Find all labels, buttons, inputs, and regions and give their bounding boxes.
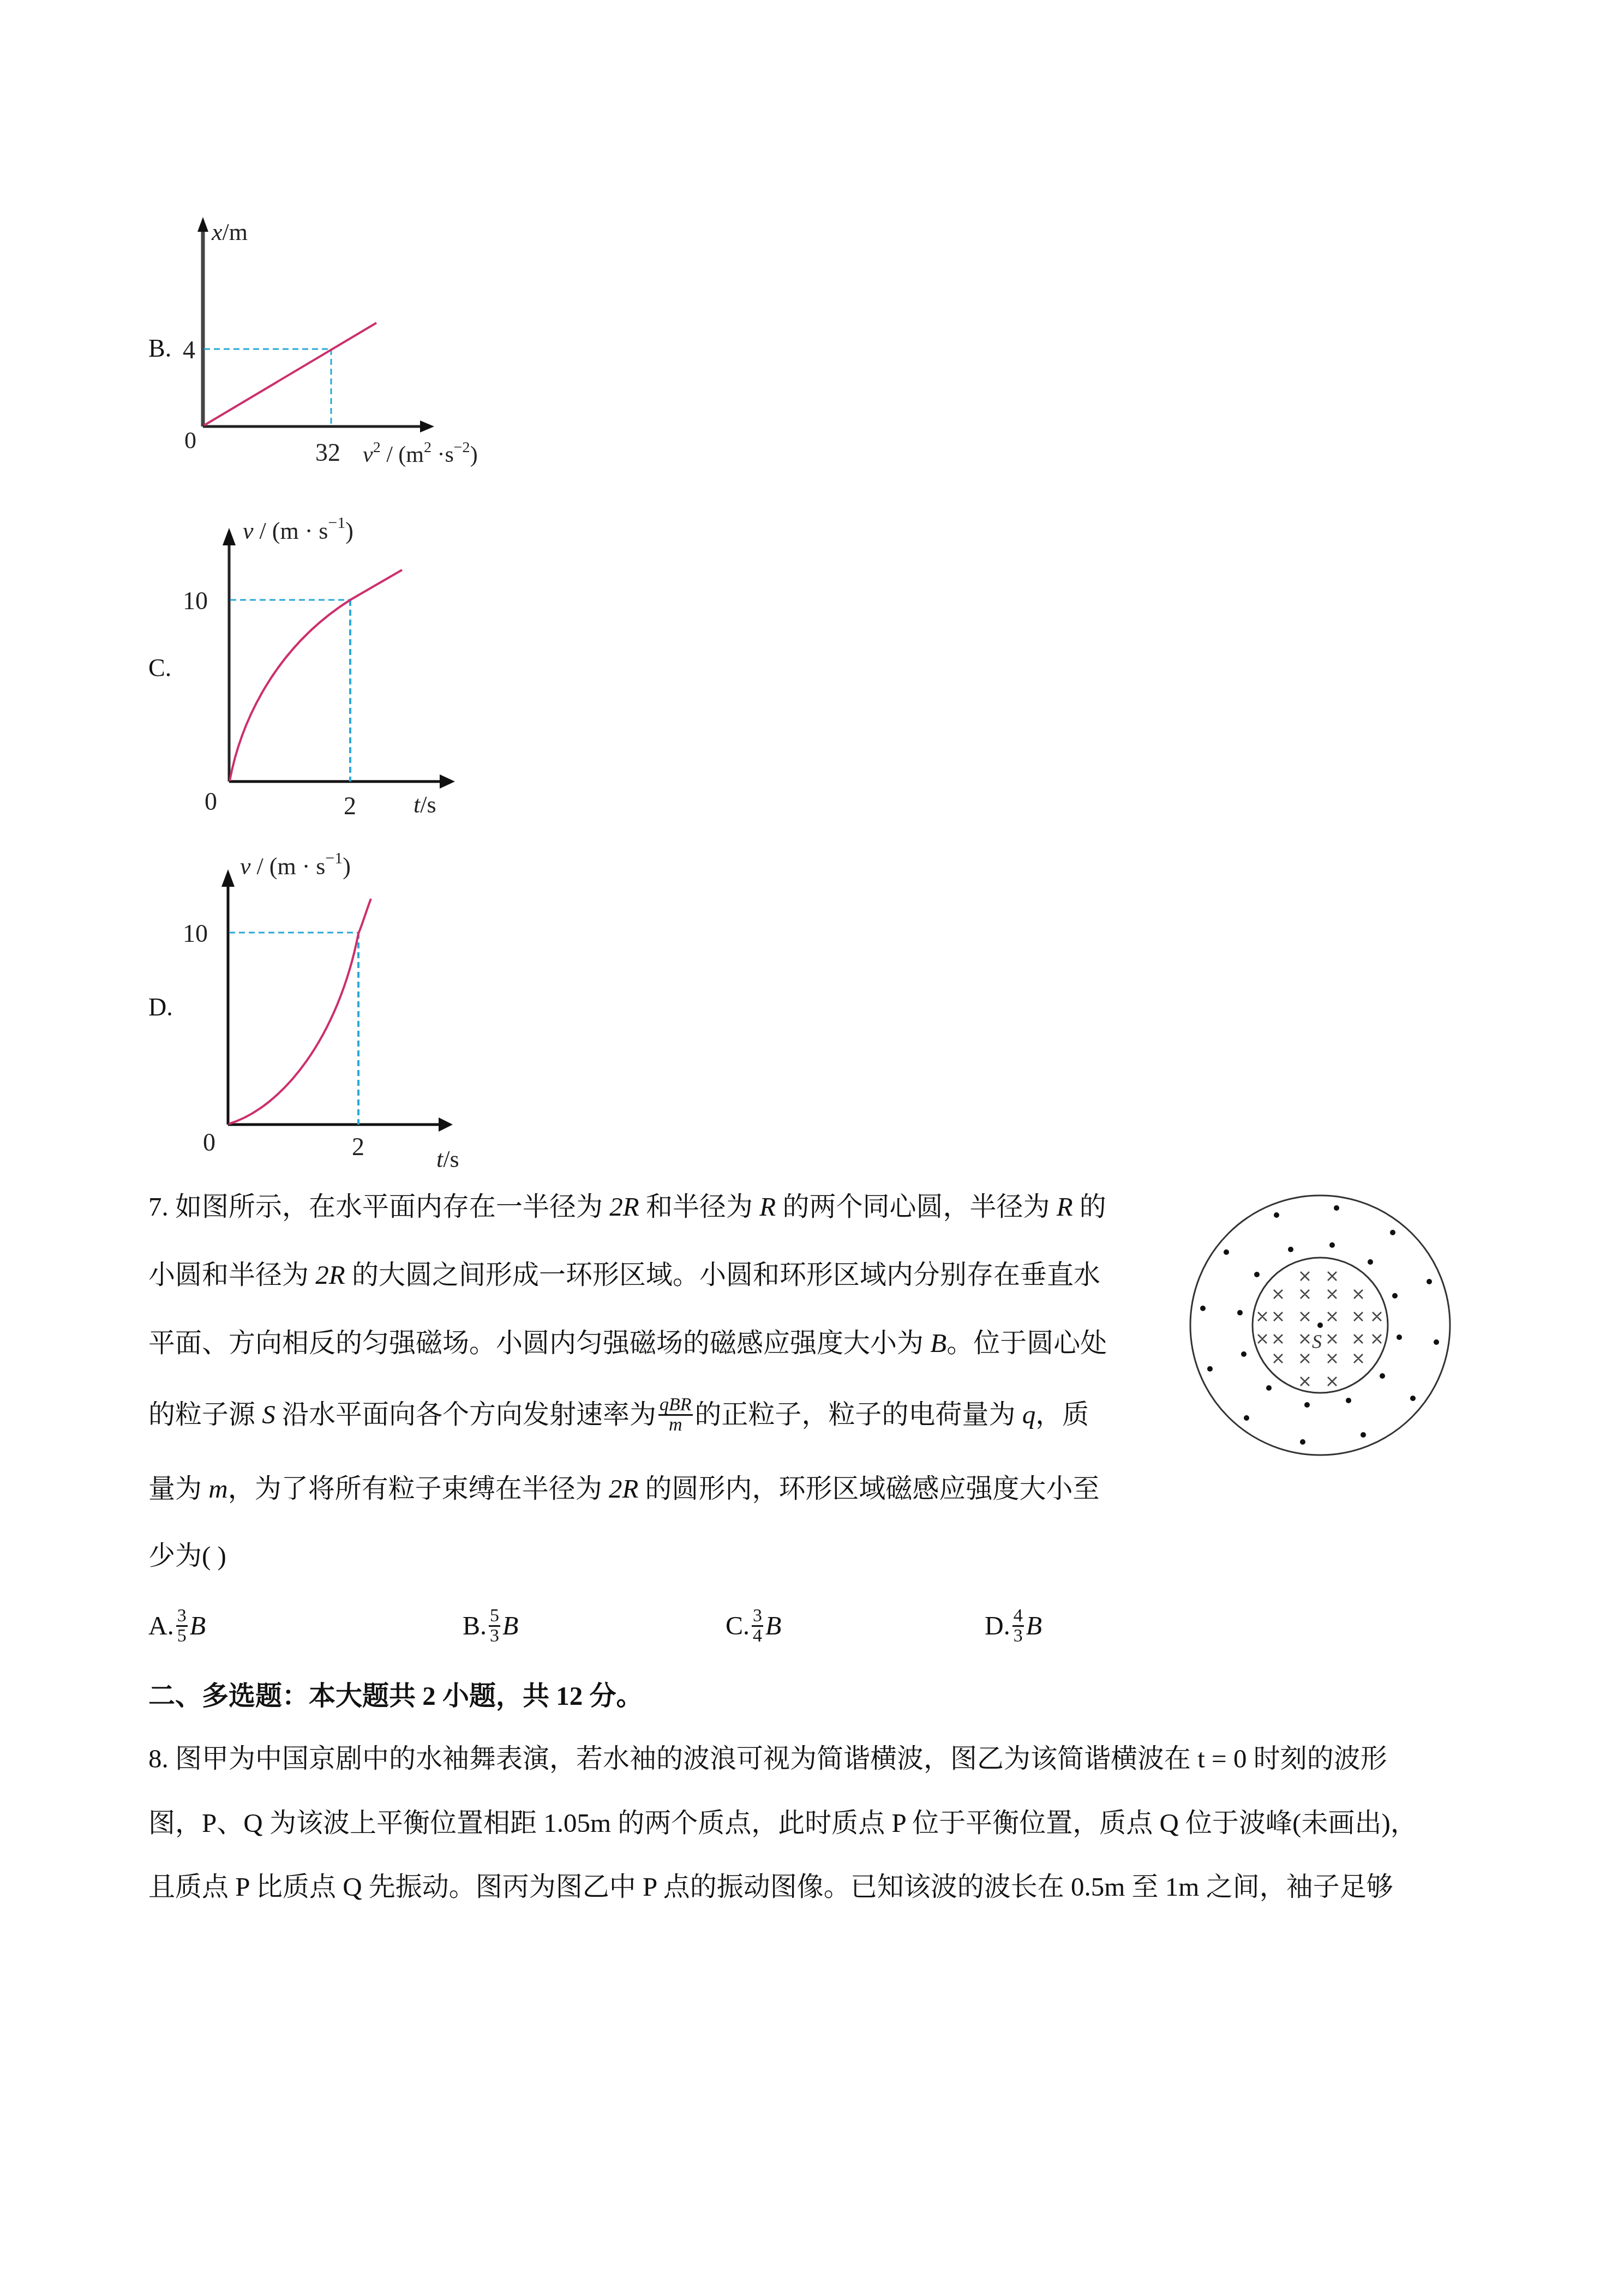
chart-b: x/m 4 0 32 v2 / (m2 ·s−2) (175, 213, 556, 474)
chart-c-origin: 0 (205, 788, 217, 815)
q7-line-6: 少为( ) (148, 1540, 226, 1572)
chart-d-xlabel: t/s (436, 1146, 459, 1173)
option-c-label: C. (148, 653, 171, 682)
chart-d-origin: 0 (203, 1128, 215, 1156)
chart-b-ylabel: x/m (211, 219, 248, 245)
chart-b-origin: 0 (184, 427, 196, 454)
source-dot (1317, 1323, 1323, 1328)
chart-b-xtick: 32 (315, 438, 340, 466)
option-d-label: D. (148, 993, 173, 1021)
chart-c-xtick: 2 (344, 792, 356, 820)
q8-line-3: 且质点 P 比质点 Q 先振动。图丙为图乙中 P 点的振动图像。已知该波的波长在… (148, 1871, 1393, 1903)
chart-d-xtick: 2 (352, 1133, 364, 1161)
chart-d-ytick: 10 (183, 919, 208, 947)
q7-line-5: 量为 m，为了将所有粒子束缚在半径为 2R 的圆形内，环形区域磁感应强度大小至 (148, 1472, 1100, 1505)
inner-cross-field (1258, 1272, 1381, 1386)
concentric-field-diagram: S (1189, 1189, 1495, 1494)
chart-b-ytick: 4 (183, 336, 195, 364)
section-2-header: 二、多选题：本大题共 2 小题，共 12 分。 (148, 1680, 643, 1712)
q8-line-1: 8. 图甲为中国京剧中的水袖舞表演，若水袖的波浪可视为简谐横波，图乙为该简谐横波… (148, 1742, 1387, 1775)
q7-line-3: 平面、方向相反的匀强磁场。小圆内匀强磁场的磁感应强度大小为 B。位于圆心处 (148, 1327, 1107, 1360)
chart-d: v / (m · s−1) 10 0 2 t/s (175, 843, 480, 1181)
chart-c-ytick: 10 (183, 587, 208, 615)
chart-c-xlabel: t/s (414, 791, 436, 818)
chart-d-ylabel: v / (m · s−1) (240, 849, 351, 880)
q7-option-c[interactable]: C.34B (726, 1609, 781, 1648)
q7-line-4: 的粒子源 S 沿水平面向各个方向发射速率为qBRm的正粒子，粒子的电荷量为 q，… (148, 1398, 1089, 1436)
option-b-label: B. (148, 334, 171, 363)
source-label: S (1312, 1331, 1322, 1353)
q7-option-b[interactable]: B.53B (463, 1609, 518, 1648)
q7-line-1: 7. 如图所示，在水平面内存在一半径为 2R 和半径为 R 的两个同心圆，半径为… (148, 1191, 1106, 1223)
chart-c: v / (m · s−1) 10 0 2 t/s (175, 502, 480, 829)
q7-option-a[interactable]: A.35B (148, 1609, 206, 1648)
q8-line-2: 图，P、Q 为该波上平衡位置相距 1.05m 的两个质点，此时质点 P 位于平衡… (148, 1807, 1417, 1840)
q7-line-2: 小圆和半径为 2R 的大圆之间形成一环形区域。小圆和环形区域内分别存在垂直水 (148, 1259, 1100, 1291)
speed-fraction: qBRm (658, 1396, 693, 1434)
chart-b-xlabel: v2 / (m2 ·s−2) (363, 439, 478, 467)
chart-c-ylabel: v / (m · s−1) (243, 514, 353, 544)
q7-option-d[interactable]: D.43B (985, 1609, 1042, 1648)
